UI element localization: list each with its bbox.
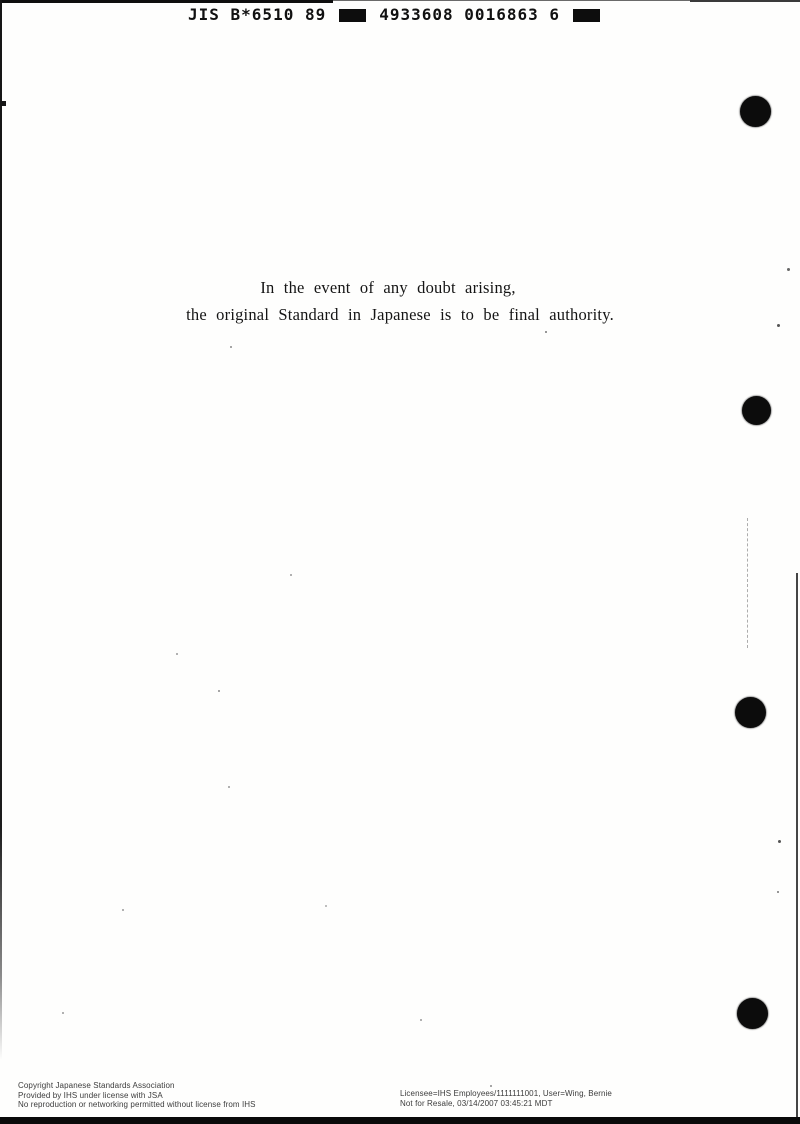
punch-hole-dot (735, 697, 766, 728)
scan-speck (420, 1019, 422, 1021)
punch-hole-dot (737, 998, 768, 1029)
copyright-line: Copyright Japanese Standards Association (18, 1081, 256, 1091)
no-reproduction-line: No reproduction or networking permitted … (18, 1100, 256, 1110)
header-code-left: JIS B*6510 89 (188, 5, 326, 24)
licensee-line: Licensee=IHS Employees/1111111001, User=… (400, 1089, 612, 1099)
provided-by-line: Provided by IHS under license with JSA (18, 1091, 256, 1101)
scan-speck (787, 268, 790, 271)
scan-right-edge-line (796, 573, 798, 1118)
notice-line-1: In the event of any doubt arising, (0, 274, 788, 301)
copyright-footer: Copyright Japanese Standards Association… (18, 1081, 256, 1110)
scan-speck (325, 905, 327, 907)
scan-speck (122, 909, 124, 911)
scan-speck (62, 1012, 64, 1014)
filled-block-icon (573, 9, 600, 22)
scan-speck (176, 653, 178, 655)
scan-top-bar-right (690, 0, 800, 2)
dashed-margin-rule (747, 518, 748, 648)
header-code-right: 4933608 0016863 6 (379, 5, 560, 24)
scan-speck (545, 331, 547, 333)
notice-line-2: the original Standard in Japanese is to … (0, 301, 800, 328)
scan-speck (228, 786, 230, 788)
scan-speck (290, 574, 292, 576)
not-for-resale-line: Not for Resale, 03/14/2007 03:45:21 MDT (400, 1099, 612, 1109)
scanned-standard-page: JIS B*6510 89 4933608 0016863 6 In the e… (0, 0, 800, 1124)
scan-speck (778, 840, 781, 843)
filled-block-icon (339, 9, 366, 22)
scan-left-edge-line (0, 0, 2, 1060)
scan-speck (777, 324, 780, 327)
scan-top-bar-left (0, 0, 333, 3)
scan-bottom-bar (0, 1117, 800, 1124)
scan-speck (777, 891, 779, 893)
scan-speck (230, 346, 232, 348)
punch-hole-dot (742, 396, 771, 425)
scan-speck (218, 690, 220, 692)
punch-hole-dot (740, 96, 771, 127)
doubt-notice: In the event of any doubt arising, the o… (0, 274, 800, 328)
license-footer: Licensee=IHS Employees/1111111001, User=… (400, 1089, 612, 1108)
document-code-header: JIS B*6510 89 4933608 0016863 6 (188, 5, 600, 24)
scan-speck (490, 1085, 492, 1087)
scan-left-edge-tick (0, 101, 6, 106)
